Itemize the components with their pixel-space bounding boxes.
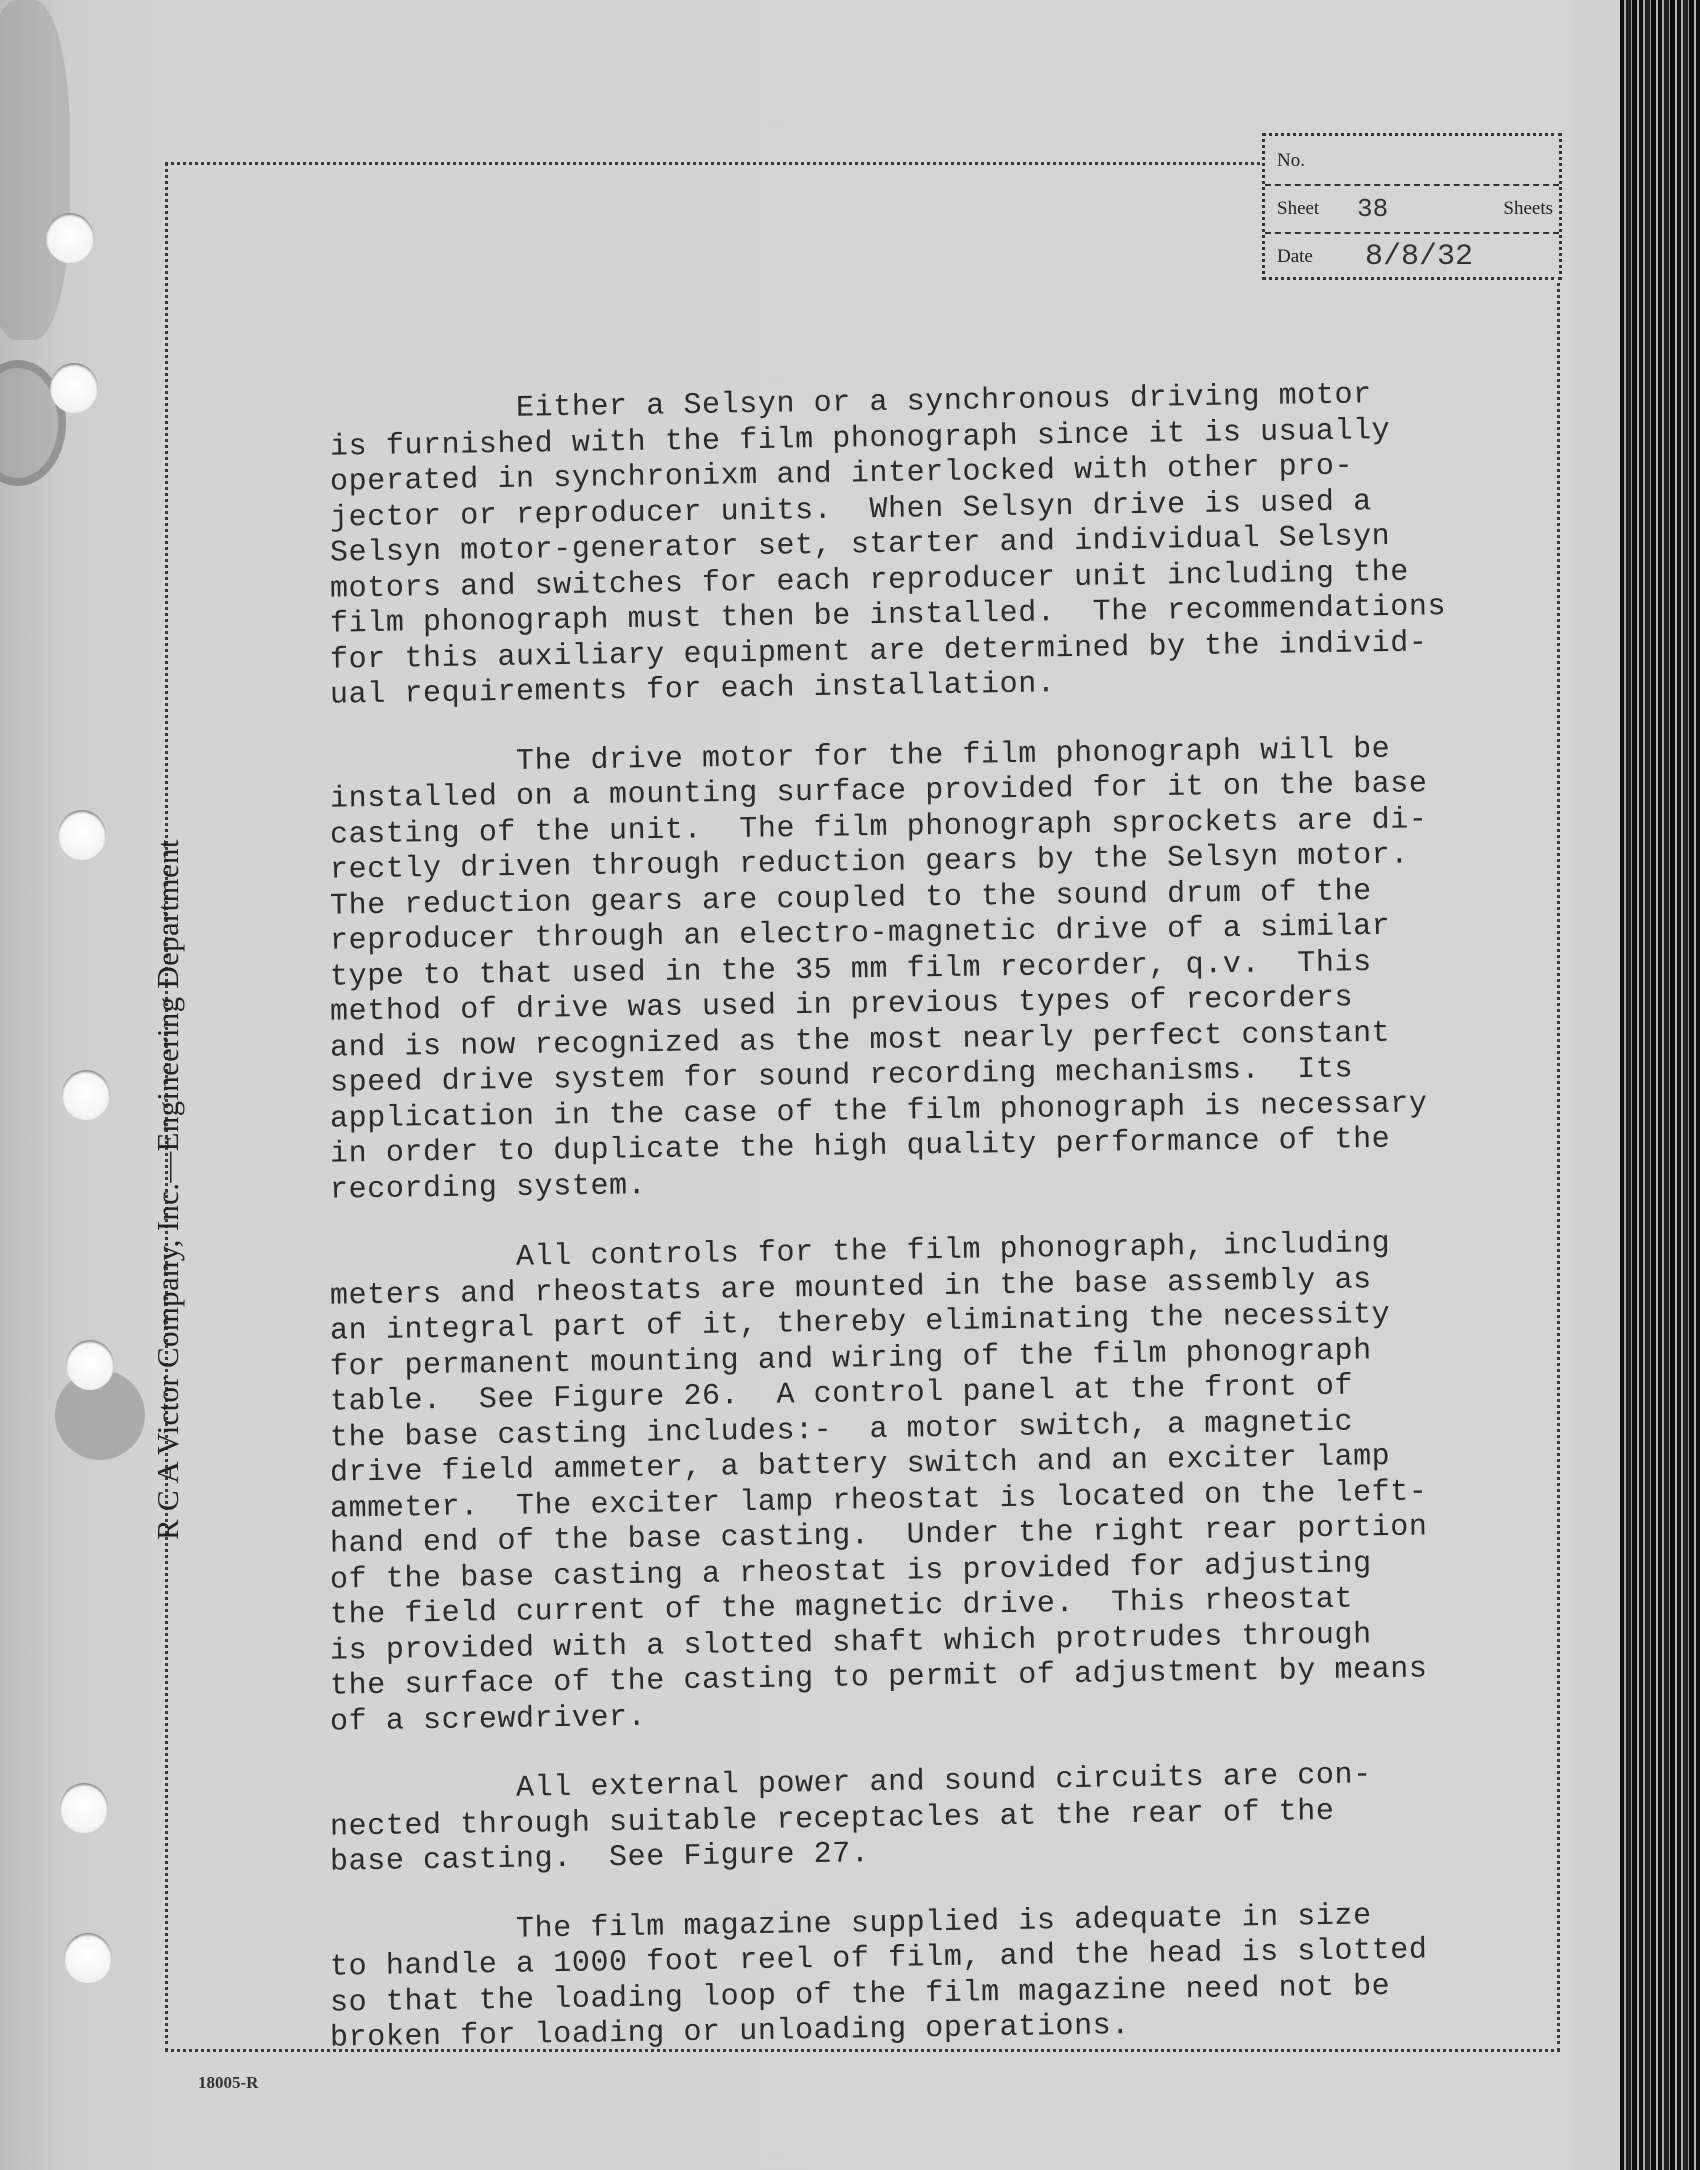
- punch-hole: [58, 810, 106, 860]
- water-stain: [0, 0, 70, 340]
- punch-hole: [66, 1340, 114, 1390]
- paragraph: All external power and sound circuits ar…: [330, 1765, 1560, 1872]
- paragraph: Either a Selsyn or a synchronous driving…: [330, 385, 1560, 705]
- sheets-label: Sheets: [1503, 198, 1553, 220]
- typewritten-body: Either a Selsyn or a synchronous driving…: [330, 385, 1560, 2082]
- paragraph: The drive motor for the film phonograph …: [330, 739, 1560, 1201]
- document-page: No. Sheet 38 Sheets Date 8/8/32 R C A Vi…: [0, 0, 1570, 2170]
- sheet-info-box: No. Sheet 38 Sheets Date 8/8/32: [1262, 133, 1562, 280]
- sheet-label: Sheet: [1277, 198, 1319, 220]
- punch-hole: [50, 363, 98, 413]
- punch-hole: [62, 1070, 110, 1120]
- form-number: 18005-R: [198, 2073, 258, 2093]
- number-row: No.: [1265, 136, 1559, 186]
- paragraph: The film magazine supplied is adequate i…: [330, 1906, 1560, 2048]
- sheet-value: 38: [1357, 194, 1388, 224]
- binder-edge-stripes: [1620, 0, 1700, 2170]
- punch-hole: [46, 213, 94, 263]
- date-label: Date: [1277, 246, 1313, 268]
- page-edge: [1570, 0, 1620, 2170]
- date-row: Date 8/8/32: [1265, 232, 1559, 280]
- punch-hole: [60, 1783, 108, 1833]
- punch-hole: [64, 1933, 112, 1983]
- number-label: No.: [1277, 150, 1305, 172]
- sheet-row: Sheet 38 Sheets: [1265, 184, 1559, 234]
- date-value: 8/8/32: [1365, 240, 1473, 274]
- company-department-margin-text: R C A Victor Company, Inc.—Engineering D…: [150, 839, 186, 1540]
- paragraph: All controls for the film phonograph, in…: [330, 1234, 1560, 1731]
